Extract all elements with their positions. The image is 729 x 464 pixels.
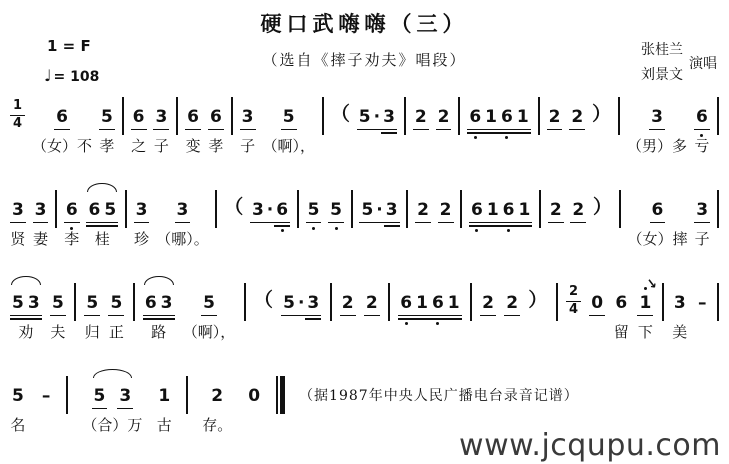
score-line-4: 5名–53（合）万1古2存。0（据1987年中央人民广播电台录音记谱） bbox=[10, 367, 719, 436]
note: 2 bbox=[415, 200, 431, 223]
note-cell: 6变 bbox=[185, 88, 201, 157]
score-line-1: 146（女）不5孝6之3子6变6孝3子5（啊），（5·322616122）3（男… bbox=[10, 88, 719, 157]
note-cell: – bbox=[40, 367, 53, 436]
note: 6 bbox=[499, 107, 515, 130]
note: 3 bbox=[33, 200, 49, 223]
slur-arc bbox=[144, 276, 174, 285]
barline bbox=[470, 283, 472, 321]
final-bar-thick bbox=[280, 376, 285, 414]
note-group: 6 bbox=[694, 88, 710, 130]
note: 6 bbox=[131, 107, 147, 130]
barline bbox=[55, 190, 57, 228]
note-cell: 5（啊）， bbox=[183, 274, 236, 343]
note-group: 2 bbox=[438, 181, 454, 223]
note: 5 bbox=[99, 107, 115, 130]
note-group: 3 bbox=[134, 181, 150, 223]
note: 1 bbox=[485, 200, 501, 223]
note-group: 6 bbox=[208, 88, 224, 130]
note-group: 53 bbox=[10, 274, 42, 316]
note-group: 53 bbox=[92, 367, 134, 409]
slur-arc bbox=[11, 276, 41, 285]
note-group: 6 bbox=[54, 88, 70, 130]
lyric: 下 bbox=[638, 321, 653, 343]
lyric: 孝 bbox=[99, 135, 114, 157]
final-bar-thin bbox=[276, 376, 278, 414]
lyric: 亏 bbox=[694, 135, 709, 157]
lyric: 孝 bbox=[208, 135, 223, 157]
note-cell: 5 bbox=[306, 181, 322, 250]
watermark: www.jcqupu.com bbox=[459, 428, 721, 463]
note-cell: 6161 bbox=[467, 88, 530, 157]
octave-dot-low bbox=[475, 229, 478, 232]
note: 3 bbox=[159, 293, 175, 316]
note-cell: 5孝 bbox=[99, 88, 115, 157]
lyric: （女）摔 bbox=[627, 228, 687, 250]
note-group: 5·3 bbox=[357, 88, 397, 130]
note: 6 bbox=[501, 200, 517, 223]
final-barline bbox=[276, 376, 285, 414]
note: 2 bbox=[364, 293, 380, 316]
note-cell: 63路 bbox=[143, 274, 175, 343]
note: 5 bbox=[306, 200, 322, 223]
lyric: 子 bbox=[240, 135, 255, 157]
barline bbox=[351, 190, 353, 228]
note-group: 2 bbox=[480, 274, 496, 316]
note: 5 bbox=[201, 293, 217, 316]
open-paren: （ bbox=[224, 198, 243, 217]
lyric: （啊）， bbox=[262, 135, 315, 157]
note-cell: 5正 bbox=[108, 274, 124, 343]
note-group: 5·3 bbox=[359, 181, 399, 223]
note-cell: 2 bbox=[569, 88, 585, 157]
note: 2 bbox=[569, 107, 585, 130]
note-cell: 3美 bbox=[672, 274, 688, 343]
barline bbox=[330, 283, 332, 321]
note-group: 2 bbox=[415, 181, 431, 223]
lyric: 贤 bbox=[10, 228, 25, 250]
note: – bbox=[696, 293, 709, 316]
note-group: 2 bbox=[413, 88, 429, 130]
note-cell: 2 bbox=[415, 181, 431, 250]
note: 5 bbox=[328, 200, 344, 223]
note: 6 bbox=[650, 200, 666, 223]
note: 5 bbox=[10, 293, 26, 316]
lyric: 变 bbox=[186, 135, 201, 157]
barline bbox=[244, 283, 246, 321]
time-signature: 24 bbox=[566, 285, 581, 318]
close-paren: ） bbox=[593, 198, 612, 217]
note-cell: 1古 bbox=[156, 367, 172, 436]
dot-separator: · bbox=[373, 107, 381, 130]
note: 6 bbox=[398, 293, 414, 316]
slur-arc bbox=[87, 183, 117, 192]
note-group: 5 bbox=[84, 274, 100, 316]
note-group: 5 bbox=[50, 274, 66, 316]
barline bbox=[297, 190, 299, 228]
note-cell: 53（合）万 bbox=[82, 367, 142, 436]
note-cell: 3（男）多 bbox=[627, 88, 687, 157]
note-group: 5 bbox=[201, 274, 217, 316]
note-cell: 2 bbox=[436, 88, 452, 157]
note-group: 6161 bbox=[469, 181, 532, 223]
note: 1 bbox=[446, 293, 462, 316]
note-cell: 2 bbox=[570, 181, 586, 250]
octave-dot-low bbox=[505, 136, 508, 139]
lyric: 正 bbox=[109, 321, 124, 343]
note: 2 bbox=[547, 107, 563, 130]
source-note: （据1987年中央人民广播电台录音记谱） bbox=[299, 385, 579, 405]
note: 5 bbox=[281, 293, 297, 316]
note-cell: 5 bbox=[328, 181, 344, 250]
note: 3 bbox=[117, 386, 133, 409]
score-header: 硬口武嗨嗨（三） （选自《摔子劝夫》唱段） 1 = F ♩= 108 张桂兰 刘… bbox=[0, 0, 729, 70]
note: 5 bbox=[10, 386, 26, 409]
note: 1↘ bbox=[637, 293, 653, 316]
note-group: – bbox=[40, 367, 53, 409]
barline bbox=[231, 97, 233, 135]
note-cell: 2 bbox=[504, 274, 520, 343]
lyric: 归 bbox=[85, 321, 100, 343]
note-group: 1↘ bbox=[637, 274, 653, 316]
note: 3 bbox=[153, 107, 169, 130]
note-group: 3 bbox=[175, 181, 191, 223]
note: 5 bbox=[102, 200, 118, 223]
note: 2 bbox=[340, 293, 356, 316]
note: 5 bbox=[84, 293, 100, 316]
note: 3 bbox=[10, 200, 26, 223]
note: 2 bbox=[570, 200, 586, 223]
note-group: 3 bbox=[672, 274, 688, 316]
octave-dot-low bbox=[507, 229, 510, 232]
note: 6 bbox=[185, 107, 201, 130]
note: 2 bbox=[413, 107, 429, 130]
time-signature-denominator: 4 bbox=[569, 302, 578, 318]
note: 3 bbox=[175, 200, 191, 223]
barline bbox=[133, 283, 135, 321]
note: 5 bbox=[281, 107, 297, 130]
note: 3 bbox=[672, 293, 688, 316]
barline bbox=[74, 283, 76, 321]
dot-separator: · bbox=[266, 200, 274, 223]
score-body: 146（女）不5孝6之3子6变6孝3子5（啊），（5·322616122）3（男… bbox=[0, 88, 729, 460]
note-cell: 3子 bbox=[240, 88, 256, 157]
lyric: 子 bbox=[695, 228, 710, 250]
note: 2 bbox=[209, 386, 225, 409]
note-group: 2 bbox=[340, 274, 356, 316]
lyric: 子 bbox=[154, 135, 169, 157]
barline bbox=[215, 190, 217, 228]
lyric: （哪）。 bbox=[156, 228, 209, 250]
note-group: 65 bbox=[86, 181, 118, 223]
note-group: 5 bbox=[281, 88, 297, 130]
note: 3 bbox=[240, 107, 256, 130]
lyric: 古 bbox=[157, 414, 172, 436]
barline bbox=[662, 283, 664, 321]
note-group: 6 bbox=[613, 274, 629, 316]
barline bbox=[717, 97, 719, 135]
note: 3 bbox=[250, 200, 266, 223]
lyric: 桂 bbox=[95, 228, 110, 250]
lyric: 路 bbox=[151, 321, 166, 343]
note: 6 bbox=[469, 200, 485, 223]
note: 6 bbox=[64, 200, 80, 223]
note: 3 bbox=[134, 200, 150, 223]
note-cell: 2 bbox=[480, 274, 496, 343]
note-group: – bbox=[696, 274, 709, 316]
note-cell: 2 bbox=[364, 274, 380, 343]
barline bbox=[717, 190, 719, 228]
note: 3 bbox=[305, 293, 321, 316]
barline bbox=[388, 283, 390, 321]
note: 2 bbox=[548, 200, 564, 223]
note-cell: 3（哪）。 bbox=[156, 181, 209, 250]
note-cell: 6留 bbox=[613, 274, 629, 343]
note-cell: 5·3 bbox=[281, 274, 321, 343]
note: 3 bbox=[26, 293, 42, 316]
note: 5 bbox=[92, 386, 108, 409]
lyric: 妻 bbox=[33, 228, 48, 250]
note-cell: 65桂 bbox=[86, 181, 118, 250]
lyric: 之 bbox=[131, 135, 146, 157]
lyric: （合）万 bbox=[82, 414, 142, 436]
note: 1 bbox=[515, 107, 531, 130]
slide-down-arrow: ↘ bbox=[645, 274, 659, 295]
note: 2 bbox=[436, 107, 452, 130]
key-signature: 1 = F bbox=[47, 37, 91, 55]
barline bbox=[406, 190, 408, 228]
lyric: 珍 bbox=[134, 228, 149, 250]
note-group: 3·6 bbox=[250, 181, 290, 223]
note-cell: 2 bbox=[547, 88, 563, 157]
note: 2 bbox=[438, 200, 454, 223]
lyric: 留 bbox=[614, 321, 629, 343]
note-group: 3 bbox=[694, 181, 710, 223]
octave-dot-low bbox=[474, 136, 477, 139]
note: 2 bbox=[480, 293, 496, 316]
dot-separator: · bbox=[297, 293, 305, 316]
score-line-2: 3贤3妻6李65桂3珍3（哪）。（3·6555·322616122）6（女）摔3… bbox=[10, 181, 719, 250]
note-group: 2 bbox=[436, 88, 452, 130]
performer-names: 张桂兰 刘景文 bbox=[641, 38, 683, 87]
note-cell: 2 bbox=[438, 181, 454, 250]
barline bbox=[322, 97, 324, 135]
note: 0 bbox=[246, 386, 262, 409]
note: 6 bbox=[467, 107, 483, 130]
note-cell: 0 bbox=[589, 274, 605, 343]
note-group: 3 bbox=[153, 88, 169, 130]
note: 6 bbox=[143, 293, 159, 316]
octave-dot-low bbox=[436, 322, 439, 325]
performer-credits: 张桂兰 刘景文 演唱 bbox=[641, 38, 717, 87]
barline bbox=[66, 376, 68, 414]
note-cell: 5·3 bbox=[359, 181, 399, 250]
note-cell: 5·3 bbox=[357, 88, 397, 157]
barline bbox=[618, 97, 620, 135]
note-cell: 6之 bbox=[131, 88, 147, 157]
note-group: 0 bbox=[589, 274, 605, 316]
barline bbox=[176, 97, 178, 135]
note-cell: 6161 bbox=[398, 274, 461, 343]
note-cell: 6（女）不 bbox=[32, 88, 92, 157]
note-cell: 5（啊）， bbox=[262, 88, 315, 157]
performer-1: 张桂兰 bbox=[641, 38, 683, 63]
note: 5 bbox=[50, 293, 66, 316]
barline bbox=[539, 190, 541, 228]
note-group: 2 bbox=[569, 88, 585, 130]
note: 1 bbox=[483, 107, 499, 130]
barline bbox=[125, 190, 127, 228]
octave-dot-low bbox=[405, 322, 408, 325]
barline bbox=[458, 97, 460, 135]
note-cell: – bbox=[696, 274, 709, 343]
note-group: 6 bbox=[185, 88, 201, 130]
note: 1 bbox=[156, 386, 172, 409]
lyric: 美 bbox=[672, 321, 687, 343]
note: 5 bbox=[357, 107, 373, 130]
barline bbox=[404, 97, 406, 135]
note-cell: 3·6 bbox=[250, 181, 290, 250]
lyric: 存。 bbox=[202, 414, 232, 436]
note-group: 2 bbox=[548, 181, 564, 223]
dot-separator: · bbox=[375, 200, 383, 223]
note-cell: 6（女）摔 bbox=[627, 181, 687, 250]
note-cell: 2 bbox=[340, 274, 356, 343]
note-group: 2 bbox=[504, 274, 520, 316]
note-group: 5 bbox=[10, 367, 26, 409]
note: – bbox=[40, 386, 53, 409]
close-paren: ） bbox=[528, 291, 547, 310]
note-group: 5·3 bbox=[281, 274, 321, 316]
note: 6 bbox=[274, 200, 290, 223]
score-line-3: 53劝5夫5归5正63路5（啊），（5·322616122）2406留1↘下3美… bbox=[10, 274, 719, 343]
note: 3 bbox=[384, 200, 400, 223]
tempo-value: = 108 bbox=[54, 69, 100, 85]
note-cell: 5夫 bbox=[50, 274, 66, 343]
note-group: 3 bbox=[240, 88, 256, 130]
note-group: 3 bbox=[10, 181, 26, 223]
note: 6 bbox=[430, 293, 446, 316]
note: 6 bbox=[208, 107, 224, 130]
note-group: 5 bbox=[306, 181, 322, 223]
note-cell: 5名 bbox=[10, 367, 26, 436]
note: 3 bbox=[694, 200, 710, 223]
octave-dot-low bbox=[281, 229, 284, 232]
open-paren: （ bbox=[254, 291, 273, 310]
note-cell: 6孝 bbox=[208, 88, 224, 157]
note-group: 5 bbox=[328, 181, 344, 223]
lyric: 名 bbox=[10, 414, 25, 436]
note-cell: 3珍 bbox=[134, 181, 150, 250]
note-group: 6 bbox=[131, 88, 147, 130]
octave-dot-low bbox=[335, 227, 338, 230]
note-group: 1 bbox=[156, 367, 172, 409]
lyric: 劝 bbox=[18, 321, 33, 343]
note-group: 6 bbox=[64, 181, 80, 223]
note: 3 bbox=[649, 107, 665, 130]
note-group: 6161 bbox=[467, 88, 530, 130]
barline bbox=[122, 97, 124, 135]
note-cell: 5归 bbox=[84, 274, 100, 343]
time-signature-numerator: 1 bbox=[10, 99, 25, 116]
note-cell: 6李 bbox=[64, 181, 80, 250]
note-cell: 3妻 bbox=[33, 181, 49, 250]
barline bbox=[460, 190, 462, 228]
note-group: 5 bbox=[108, 274, 124, 316]
close-paren: ） bbox=[592, 105, 611, 124]
note-cell: 0 bbox=[246, 367, 262, 436]
note-group: 3 bbox=[649, 88, 665, 130]
lyric: （男）多 bbox=[627, 135, 687, 157]
note-cell: 3贤 bbox=[10, 181, 26, 250]
open-paren: （ bbox=[331, 105, 350, 124]
barline bbox=[619, 190, 621, 228]
note-cell: 53劝 bbox=[10, 274, 42, 343]
note-cell: 1↘下 bbox=[637, 274, 653, 343]
note: 5 bbox=[108, 293, 124, 316]
time-signature-numerator: 2 bbox=[566, 285, 581, 302]
note: 5 bbox=[359, 200, 375, 223]
note: 6 bbox=[694, 107, 710, 130]
note-group: 6161 bbox=[398, 274, 461, 316]
note-group: 2 bbox=[209, 367, 225, 409]
barline bbox=[717, 283, 719, 321]
tempo-marking: ♩= 108 bbox=[44, 66, 99, 85]
lyric: 李 bbox=[64, 228, 79, 250]
note: 6 bbox=[86, 200, 102, 223]
barline bbox=[186, 376, 188, 414]
note-group: 2 bbox=[570, 181, 586, 223]
note-group: 63 bbox=[143, 274, 175, 316]
note-cell: 6161 bbox=[469, 181, 532, 250]
note-group: 6 bbox=[650, 181, 666, 223]
note-group: 2 bbox=[547, 88, 563, 130]
performer-2: 刘景文 bbox=[641, 63, 683, 88]
note-cell: 2存。 bbox=[202, 367, 232, 436]
note: 1 bbox=[414, 293, 430, 316]
barline bbox=[556, 283, 558, 321]
note-cell: 3子 bbox=[694, 181, 710, 250]
note-cell: 6亏 bbox=[694, 88, 710, 157]
note-cell: 2 bbox=[548, 181, 564, 250]
lyric: 夫 bbox=[50, 321, 65, 343]
octave-dot-low bbox=[312, 227, 315, 230]
time-signature-denominator: 4 bbox=[13, 116, 22, 132]
note-group: 2 bbox=[364, 274, 380, 316]
note: 2 bbox=[504, 293, 520, 316]
page-title: 硬口武嗨嗨（三） bbox=[0, 0, 729, 38]
note: 1 bbox=[517, 200, 533, 223]
note-cell: 2 bbox=[413, 88, 429, 157]
subtitle: （选自《摔子劝夫》唱段） bbox=[0, 49, 729, 70]
note: 6 bbox=[54, 107, 70, 130]
note-group: 0 bbox=[246, 367, 262, 409]
note-cell: 3子 bbox=[153, 88, 169, 157]
barline bbox=[538, 97, 540, 135]
performer-role: 演唱 bbox=[689, 53, 717, 73]
note-group: 3 bbox=[33, 181, 49, 223]
note: 3 bbox=[381, 107, 397, 130]
slur-arc bbox=[93, 369, 133, 378]
lyric: （女）不 bbox=[32, 135, 92, 157]
quarter-note-icon: ♩ bbox=[44, 66, 52, 85]
time-signature: 14 bbox=[10, 99, 25, 132]
note: 6 bbox=[613, 293, 629, 316]
lyric: （啊）， bbox=[183, 321, 236, 343]
note: 0 bbox=[589, 293, 605, 316]
note-group: 5 bbox=[99, 88, 115, 130]
